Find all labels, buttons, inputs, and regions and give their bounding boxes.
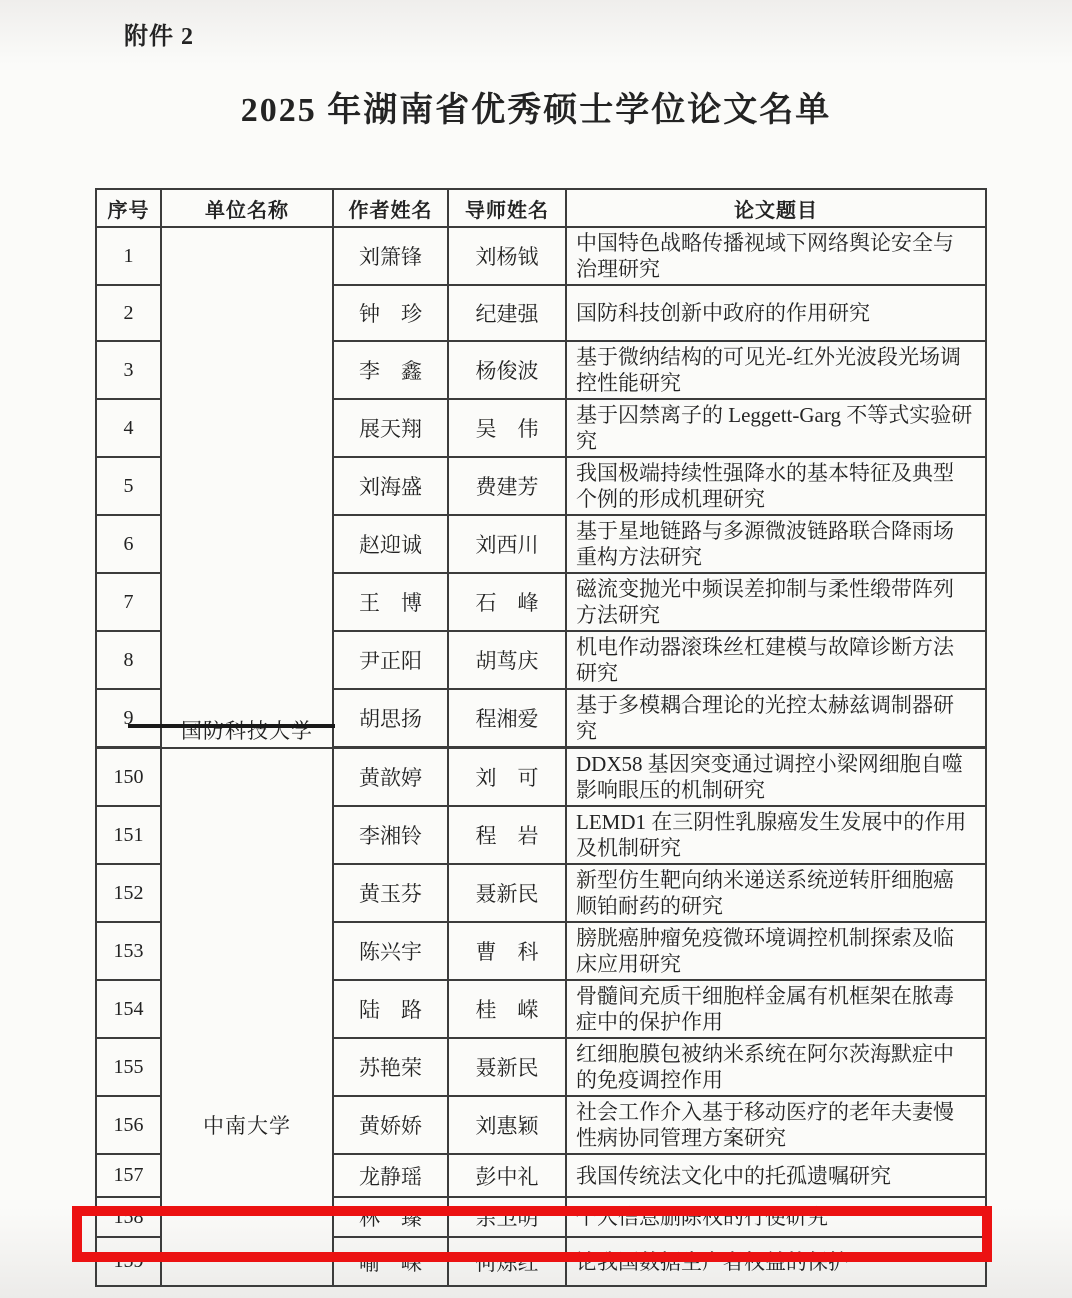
- col-header-no: 序号: [96, 189, 161, 227]
- advisor-cell: 费建芳: [448, 457, 566, 515]
- thesis-title-cell: 基于星地链路与多源微波链路联合降雨场重构方法研究: [566, 515, 986, 573]
- thesis-table: 序号 单位名称 作者姓名 导师姓名 论文题目 1国防科技大学刘箫锋刘杨钺中国特色…: [95, 188, 987, 1287]
- author-cell: 黄娇娇: [333, 1096, 448, 1154]
- author-cell: 李湘铃: [333, 806, 448, 864]
- section-divider-mark: [128, 724, 335, 728]
- thesis-title-cell: 新型仿生靶向纳米递送系统逆转肝细胞癌顺铂耐药的研究: [566, 864, 986, 922]
- thesis-title-cell: 我国极端持续性强降水的基本特征及典型个例的形成机理研究: [566, 457, 986, 515]
- author-cell: 苏艳荣: [333, 1038, 448, 1096]
- row-number-cell: 150: [96, 748, 161, 807]
- row-number-cell: 152: [96, 864, 161, 922]
- col-header-title: 论文题目: [566, 189, 986, 227]
- advisor-cell: 石 峰: [448, 573, 566, 631]
- row-number-cell: 1: [96, 227, 161, 285]
- author-cell: 龙静瑶: [333, 1154, 448, 1197]
- thesis-title-cell: 国防科技创新中政府的作用研究: [566, 285, 986, 341]
- thesis-table-body: 1国防科技大学刘箫锋刘杨钺中国特色战略传播视域下网络舆论安全与治理研究2钟 珍纪…: [96, 227, 986, 1286]
- row-number-cell: 9: [96, 689, 161, 748]
- row-number-cell: 155: [96, 1038, 161, 1096]
- attachment-label: 附件 2: [124, 16, 194, 51]
- thesis-title-cell: 红细胞膜包被纳米系统在阿尔茨海默症中的免疫调控作用: [566, 1038, 986, 1096]
- advisor-cell: 程湘爱: [448, 689, 566, 748]
- document-page: 附件 2 2025 年湖南省优秀硕士学位论文名单 序号 单位名称 作者姓名 导师…: [0, 0, 1072, 1298]
- row-number-cell: 156: [96, 1096, 161, 1154]
- thesis-title-cell: LEMD1 在三阴性乳腺癌发生发展中的作用及机制研究: [566, 806, 986, 864]
- advisor-cell: 刘 可: [448, 748, 566, 807]
- thesis-title-cell: DDX58 基因突变通过调控小梁网细胞自噬影响眼压的机制研究: [566, 748, 986, 807]
- row-number-cell: 2: [96, 285, 161, 341]
- advisor-cell: 刘西川: [448, 515, 566, 573]
- thesis-title-cell: 骨髓间充质干细胞样金属有机框架在脓毒症中的保护作用: [566, 980, 986, 1038]
- table-header: 序号 单位名称 作者姓名 导师姓名 论文题目: [96, 189, 986, 227]
- author-cell: 钟 珍: [333, 285, 448, 341]
- advisor-cell: 聂新民: [448, 1038, 566, 1096]
- thesis-title-cell: 我国传统法文化中的托孤遗嘱研究: [566, 1154, 986, 1197]
- row-number-cell: 151: [96, 806, 161, 864]
- advisor-cell: 程 岩: [448, 806, 566, 864]
- col-header-university: 单位名称: [161, 189, 333, 227]
- author-cell: 尹正阳: [333, 631, 448, 689]
- row-number-cell: 6: [96, 515, 161, 573]
- author-cell: 刘海盛: [333, 457, 448, 515]
- row-number-cell: 4: [96, 399, 161, 457]
- thesis-title-cell: 社会工作介入基于移动医疗的老年夫妻慢性病协同管理方案研究: [566, 1096, 986, 1154]
- thesis-title-cell: 磁流变抛光中频误差抑制与柔性缎带阵列方法研究: [566, 573, 986, 631]
- row-number-cell: 3: [96, 341, 161, 399]
- author-cell: 刘箫锋: [333, 227, 448, 285]
- advisor-cell: 杨俊波: [448, 341, 566, 399]
- row-number-cell: 7: [96, 573, 161, 631]
- table-row: 150中南大学黄歆婷刘 可DDX58 基因突变通过调控小梁网细胞自噬影响眼压的机…: [96, 748, 986, 807]
- advisor-cell: 曹 科: [448, 922, 566, 980]
- author-cell: 胡思扬: [333, 689, 448, 748]
- row-number-cell: 157: [96, 1154, 161, 1197]
- col-header-advisor: 导师姓名: [448, 189, 566, 227]
- advisor-cell: 胡茑庆: [448, 631, 566, 689]
- thesis-title-cell: 机电作动器滚珠丝杠建模与故障诊断方法研究: [566, 631, 986, 689]
- author-cell: 黄玉芬: [333, 864, 448, 922]
- advisor-cell: 聂新民: [448, 864, 566, 922]
- university-cell: 国防科技大学: [161, 227, 333, 748]
- thesis-title-cell: 基于微纳结构的可见光-红外光波段光场调控性能研究: [566, 341, 986, 399]
- author-cell: 展天翔: [333, 399, 448, 457]
- author-cell: 李 鑫: [333, 341, 448, 399]
- thesis-title-cell: 中国特色战略传播视域下网络舆论安全与治理研究: [566, 227, 986, 285]
- author-cell: 王 博: [333, 573, 448, 631]
- thesis-title-cell: 基于多模耦合理论的光控太赫兹调制器研究: [566, 689, 986, 748]
- page-title: 2025 年湖南省优秀硕士学位论文名单: [0, 82, 1072, 131]
- advisor-cell: 刘杨钺: [448, 227, 566, 285]
- advisor-cell: 桂 嵘: [448, 980, 566, 1038]
- advisor-cell: 彭中礼: [448, 1154, 566, 1197]
- row-number-cell: 8: [96, 631, 161, 689]
- advisor-cell: 吴 伟: [448, 399, 566, 457]
- table-header-row: 序号 单位名称 作者姓名 导师姓名 论文题目: [96, 189, 986, 227]
- author-cell: 陆 路: [333, 980, 448, 1038]
- author-cell: 黄歆婷: [333, 748, 448, 807]
- advisor-cell: 纪建强: [448, 285, 566, 341]
- author-cell: 赵迎诚: [333, 515, 448, 573]
- row-number-cell: 154: [96, 980, 161, 1038]
- highlight-box: [72, 1206, 992, 1262]
- advisor-cell: 刘惠颖: [448, 1096, 566, 1154]
- row-number-cell: 5: [96, 457, 161, 515]
- thesis-title-cell: 膀胱癌肿瘤免疫微环境调控机制探索及临床应用研究: [566, 922, 986, 980]
- thesis-title-cell: 基于囚禁离子的 Leggett-Garg 不等式实验研究: [566, 399, 986, 457]
- row-number-cell: 153: [96, 922, 161, 980]
- col-header-author: 作者姓名: [333, 189, 448, 227]
- table-row: 1国防科技大学刘箫锋刘杨钺中国特色战略传播视域下网络舆论安全与治理研究: [96, 227, 986, 285]
- author-cell: 陈兴宇: [333, 922, 448, 980]
